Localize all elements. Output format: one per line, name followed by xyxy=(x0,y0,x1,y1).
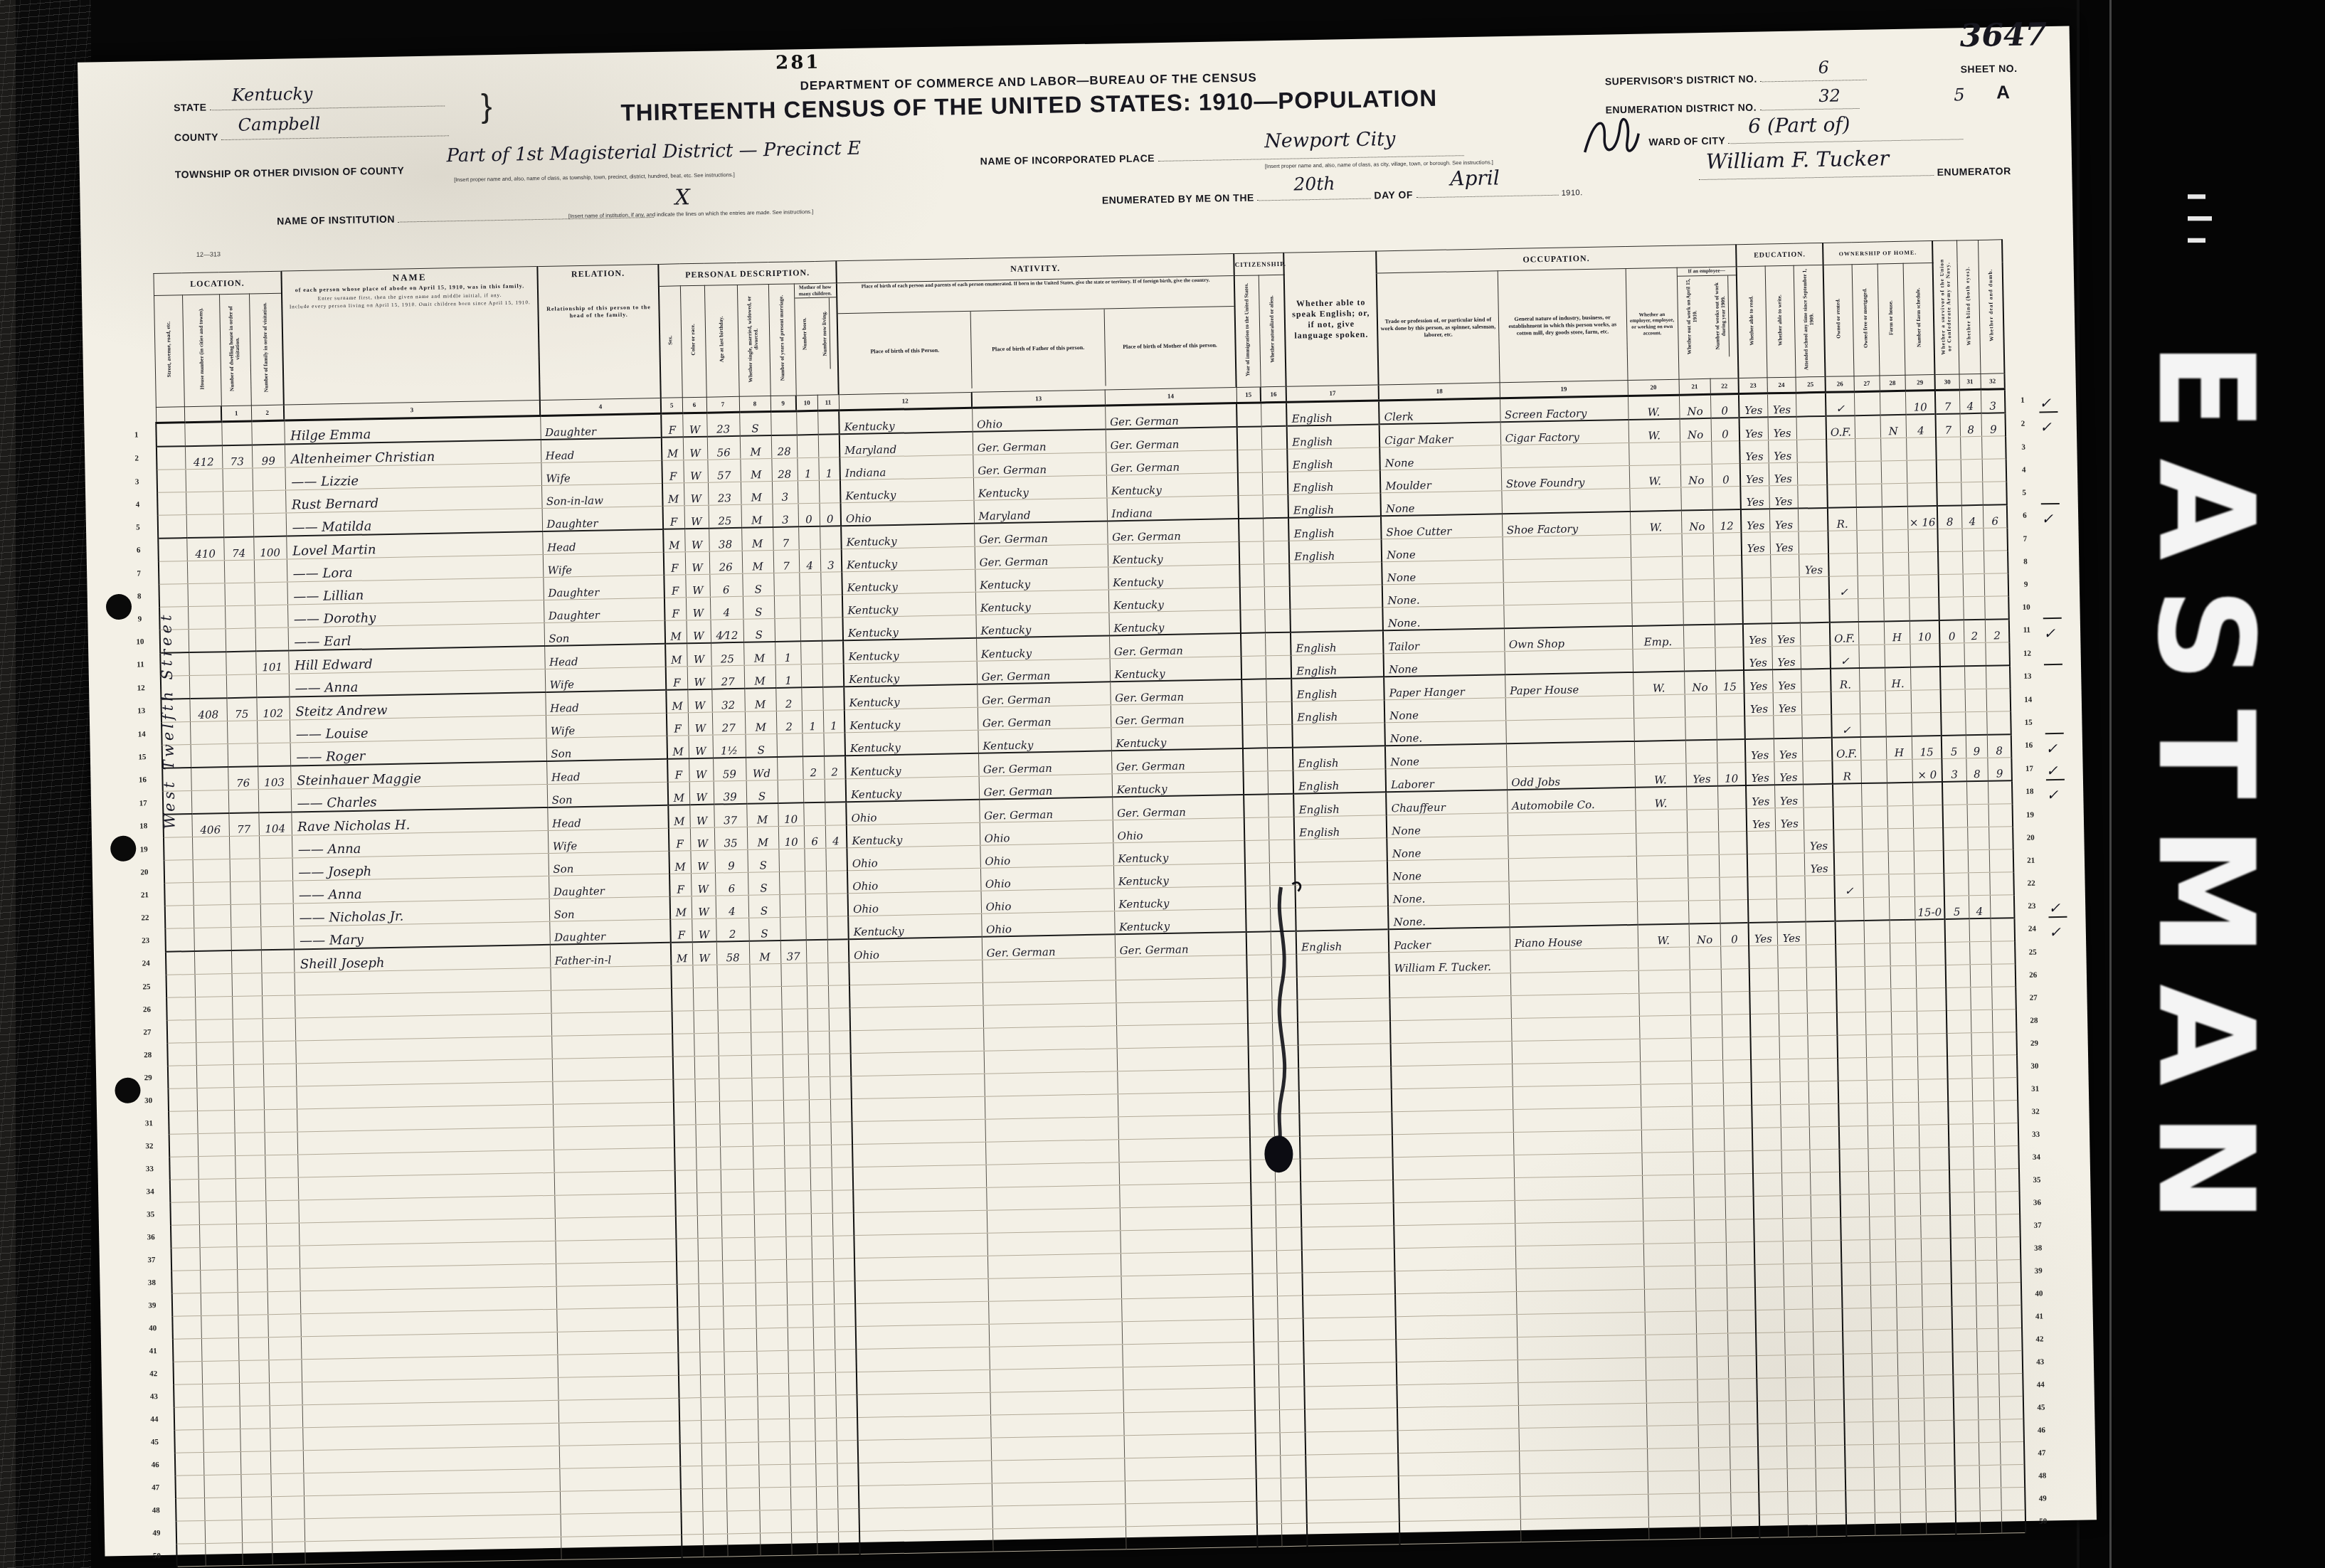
cell-bp xyxy=(853,1187,987,1212)
column-employer: Whether an employer, employee, or workin… xyxy=(1626,267,1679,380)
cell-cb xyxy=(815,1418,837,1441)
cell-c27 xyxy=(1862,806,1888,830)
cell-c28 xyxy=(1887,805,1914,829)
cell-age: 4 xyxy=(710,596,743,620)
column-number: 10 xyxy=(796,395,817,411)
cell-ow xyxy=(1695,1242,1727,1266)
cell-mar xyxy=(759,1487,791,1510)
line-number: 12 xyxy=(2010,642,2045,665)
cell-bp: Kentucky xyxy=(843,638,977,664)
cell-dw xyxy=(233,1087,264,1111)
cell-c28: H xyxy=(1886,736,1912,760)
cell-dw xyxy=(224,583,255,606)
cell-c26 xyxy=(1845,1490,1875,1513)
cell-mar xyxy=(758,1396,790,1419)
cell-ind xyxy=(1508,833,1636,858)
column-number: 31 xyxy=(1959,374,1981,390)
cell-rel: Wife xyxy=(543,552,664,577)
cell-emp xyxy=(1636,855,1688,879)
cell-age: 25 xyxy=(709,504,742,528)
cell-c29: 15 xyxy=(1912,736,1942,759)
cell-c32: 2 xyxy=(1985,619,2010,642)
cell-age xyxy=(720,1123,753,1147)
cell-house xyxy=(189,629,226,652)
cell-ind: Stove Foundry xyxy=(1501,465,1630,490)
line-number: 5 xyxy=(119,515,159,539)
cell-ow xyxy=(1688,877,1720,901)
cell-rd xyxy=(1744,716,1774,739)
cell-yrs xyxy=(784,1145,810,1169)
cell-rd xyxy=(1753,1150,1782,1174)
cell-cb: 1 xyxy=(797,457,819,481)
cell-ind xyxy=(1516,1266,1645,1291)
cell-house xyxy=(194,950,232,974)
cell-yrs xyxy=(783,1077,809,1101)
cell-sch xyxy=(1815,1445,1845,1468)
cell-house xyxy=(201,1293,238,1316)
column-mother-group: Mother of how many children. Number born… xyxy=(794,283,839,396)
cell-rd: Yes xyxy=(1739,393,1768,418)
cell-age xyxy=(726,1488,760,1511)
cell-imm xyxy=(1251,1160,1276,1183)
cell-occ: None. xyxy=(1382,583,1504,608)
cell-c32 xyxy=(1996,1214,2021,1238)
cell-yrs xyxy=(774,595,800,619)
cell-rel: Son xyxy=(544,620,666,646)
cell-fbp xyxy=(990,1413,1124,1438)
column-survivor: Whether a survivor of the Union or Confe… xyxy=(1932,240,1959,375)
cell-c32 xyxy=(1984,551,2008,574)
cell-sex xyxy=(677,1307,699,1330)
cell-c28 xyxy=(1895,1239,1922,1262)
cell-wks xyxy=(1722,1037,1752,1060)
cell-c29 xyxy=(1924,1443,1955,1466)
cell-rd: Yes xyxy=(1747,808,1776,832)
cell-ind xyxy=(1503,534,1631,559)
cell-c30 xyxy=(1943,827,1968,851)
margin-checkmark xyxy=(2055,1236,2074,1259)
cell-age xyxy=(719,1101,753,1124)
cell-bp xyxy=(850,1028,984,1053)
cell-cl xyxy=(830,1054,852,1077)
cell-bp: Ohio xyxy=(847,845,980,870)
cell-wks xyxy=(1719,854,1748,878)
cell-eng xyxy=(1306,1453,1399,1478)
cell-age xyxy=(718,1010,751,1033)
cell-occ: Packer xyxy=(1389,927,1510,953)
cell-sch xyxy=(1801,669,1831,692)
cell-occ xyxy=(1397,1383,1518,1408)
cell-street xyxy=(170,1202,199,1225)
margin-checkmark xyxy=(2042,526,2061,549)
cell-nat xyxy=(1268,794,1294,817)
cell-c31 xyxy=(1977,1351,1999,1374)
cell-nat xyxy=(1264,586,1291,610)
cell-ow xyxy=(1696,1333,1728,1357)
cell-age xyxy=(719,1055,752,1079)
cell-wr xyxy=(1781,1127,1810,1150)
cell-cl: 2 xyxy=(824,756,846,779)
cell-color xyxy=(696,1147,721,1170)
eastman-film-brand: EASTMAN xyxy=(2129,341,2282,1250)
cell-nat xyxy=(1264,541,1290,564)
cell-ind xyxy=(1509,879,1638,904)
cell-mar xyxy=(760,1532,792,1556)
cell-imm xyxy=(1236,403,1261,427)
cell-mbp xyxy=(1124,1433,1256,1458)
cell-imm xyxy=(1239,541,1264,565)
cell-c26 xyxy=(1846,1513,1875,1536)
cell-yrs xyxy=(787,1282,813,1305)
cell-ind xyxy=(1512,1039,1641,1064)
cell-wr xyxy=(1787,1468,1816,1492)
line-number: 26 xyxy=(127,997,167,1021)
cell-age xyxy=(723,1305,756,1329)
film-left-band xyxy=(0,0,91,1568)
cell-occ xyxy=(1399,1520,1521,1545)
cell-cb xyxy=(805,871,827,894)
cell-c27 xyxy=(1860,736,1887,760)
cell-house xyxy=(197,1111,235,1134)
cell-c27 xyxy=(1863,852,1889,875)
cell-cl xyxy=(837,1463,859,1487)
cell-bp xyxy=(859,1506,993,1531)
cell-c27 xyxy=(1857,530,1883,553)
cell-dw xyxy=(228,743,258,767)
cell-c28 xyxy=(1883,598,1910,621)
cell-sch xyxy=(1810,1149,1841,1172)
cell-mbp: Kentucky xyxy=(1108,565,1240,590)
cell-c26: O.F. xyxy=(1830,622,1859,645)
cell-wks: 0 xyxy=(1711,418,1740,441)
cell-c32 xyxy=(1998,1374,2023,1397)
cell-nat xyxy=(1261,449,1288,472)
cell-wks xyxy=(1715,624,1744,647)
cell-c31 xyxy=(1967,827,1989,850)
cell-fam xyxy=(270,1473,304,1497)
cell-eng: English xyxy=(1294,815,1387,839)
margin-checkmark xyxy=(2048,871,2067,894)
line-number: 2 xyxy=(2006,412,2040,435)
cell-color: W xyxy=(690,827,715,851)
margin-checkmark xyxy=(2040,480,2060,504)
cell-dw xyxy=(229,836,260,859)
cell-nat xyxy=(1272,1000,1298,1023)
cell-c28 xyxy=(1889,874,1915,897)
cell-mbp: Kentucky xyxy=(1113,863,1246,888)
cell-c26: R. xyxy=(1828,507,1857,531)
cell-rel xyxy=(554,1193,676,1218)
cell-sex xyxy=(674,1102,696,1125)
line-number: 4 xyxy=(118,492,158,516)
cell-dw xyxy=(238,1292,268,1315)
cell-cb xyxy=(813,1350,835,1373)
cell-age xyxy=(718,1032,751,1056)
cell-c27 xyxy=(1869,1194,1895,1217)
cell-c31 xyxy=(1972,1078,1994,1101)
cell-mbp xyxy=(1121,1296,1254,1321)
cell-nat xyxy=(1277,1273,1303,1296)
cell-c28 xyxy=(1893,1125,1919,1148)
margin-checkmark xyxy=(2051,1031,2070,1054)
cell-cl xyxy=(820,526,842,549)
cell-cb xyxy=(796,410,818,435)
cell-emp xyxy=(1642,1152,1694,1175)
cell-yrs: 3 xyxy=(773,504,799,527)
cell-c28 xyxy=(1885,713,1912,736)
cell-bp: Kentucky xyxy=(841,524,975,549)
cell-wr xyxy=(1779,1036,1808,1059)
cell-mar: S xyxy=(743,596,775,620)
cell-bp xyxy=(849,960,983,985)
cell-yrs xyxy=(774,618,800,642)
cell-fam xyxy=(272,1542,305,1565)
cell-sex: M xyxy=(668,782,690,805)
cell-c29 xyxy=(1926,1511,1956,1535)
cell-fam xyxy=(251,420,285,445)
cell-emp xyxy=(1641,1106,1693,1130)
cell-age xyxy=(721,1214,755,1238)
cell-fbp: Ohio xyxy=(981,911,1115,937)
cell-eng: English xyxy=(1288,493,1382,518)
cell-rel: Daughter xyxy=(540,413,662,440)
cell-c26 xyxy=(1843,1376,1873,1399)
cell-emp: Emp. xyxy=(1632,625,1684,650)
cell-c29 xyxy=(1917,1033,1948,1056)
cell-sch xyxy=(1806,921,1836,945)
cell-dw: 77 xyxy=(228,812,259,836)
cell-mar xyxy=(752,1123,784,1146)
cell-emp: W. xyxy=(1628,419,1680,443)
cell-dw xyxy=(222,468,253,492)
cell-wks xyxy=(1728,1355,1757,1379)
cell-rel xyxy=(561,1512,682,1537)
cell-occ: None xyxy=(1384,652,1505,677)
cell-wks: 0 xyxy=(1712,464,1741,487)
cell-dw xyxy=(231,904,261,928)
cell-ind xyxy=(1513,1107,1641,1132)
cell-fam xyxy=(265,1177,299,1201)
cell-eng: English xyxy=(1287,424,1380,449)
cell-yrs xyxy=(790,1487,817,1510)
cell-fbp: Ger. German xyxy=(978,751,1112,776)
cell-ow xyxy=(1698,1402,1730,1425)
cell-sex: F xyxy=(670,919,692,943)
cell-fbp: Kentucky xyxy=(973,475,1107,500)
cell-mar xyxy=(751,1009,783,1032)
cell-wks xyxy=(1718,832,1747,855)
cell-sex: M xyxy=(669,851,691,874)
cell-fbp xyxy=(986,1162,1120,1187)
cell-c29 xyxy=(1917,1056,1948,1079)
cell-mar xyxy=(751,1054,783,1078)
cell-bp xyxy=(857,1415,991,1440)
cell-c30 xyxy=(1946,965,1971,988)
cell-sex xyxy=(672,1011,694,1034)
cell-rd: Yes xyxy=(1744,669,1773,693)
cell-mbp: Ger. German xyxy=(1112,795,1244,820)
cell-mar xyxy=(756,1282,788,1305)
cell-ind xyxy=(1511,1016,1640,1041)
cell-eng: English xyxy=(1293,792,1387,817)
cell-c28 xyxy=(1900,1512,1927,1535)
cell-c32 xyxy=(1998,1351,2023,1374)
cell-c30 xyxy=(1948,1079,1973,1102)
place-value: Newport City xyxy=(1264,128,1396,152)
cell-house xyxy=(194,928,231,951)
section-education: EDUCATION. xyxy=(1736,243,1823,266)
margin-checkmark: ✓ xyxy=(2039,388,2058,412)
cell-fam xyxy=(265,1132,298,1155)
cell-occ: None xyxy=(1379,445,1501,470)
cell-occ: None xyxy=(1385,743,1507,769)
cell-bp: Kentucky xyxy=(847,822,980,847)
cell-fbp: Ger. German xyxy=(973,429,1106,455)
cell-c28: H xyxy=(1884,621,1910,645)
county-value: Campbell xyxy=(238,114,320,135)
cell-c30 xyxy=(1954,1443,1979,1466)
margin-checkmark xyxy=(2058,1441,2077,1463)
cell-c26: O.F. xyxy=(1832,737,1861,761)
cell-fbp: Ohio xyxy=(980,866,1114,891)
cell-c29 xyxy=(1920,1215,1951,1239)
cell-occ xyxy=(1395,1269,1517,1294)
cell-bp xyxy=(855,1301,989,1326)
cell-c31 xyxy=(1962,528,1984,551)
cell-wr: Yes xyxy=(1768,440,1797,463)
cell-yrs: 1 xyxy=(775,664,802,688)
cell-imm xyxy=(1242,702,1267,726)
cell-yrs xyxy=(785,1168,811,1192)
cell-cb xyxy=(813,1327,835,1350)
cell-cl xyxy=(825,779,847,802)
cell-fam: 101 xyxy=(255,651,289,674)
cell-sch xyxy=(1803,761,1833,784)
cell-c29 xyxy=(1922,1283,1952,1307)
cell-wks xyxy=(1715,647,1744,671)
cell-c26 xyxy=(1845,1444,1874,1468)
column-sex: Sex. xyxy=(659,286,682,398)
cell-sex xyxy=(681,1512,703,1535)
cell-sch xyxy=(1807,1012,1838,1036)
cell-c27 xyxy=(1870,1285,1897,1308)
cell-bp: Ohio xyxy=(841,500,975,526)
cell-mar: M xyxy=(741,482,773,505)
cell-c28 xyxy=(1889,896,1915,920)
line-number: 21 xyxy=(2013,849,2048,872)
sheet-header: 281 DEPARTMENT OF COMMERCE AND LABOR—BUR… xyxy=(110,26,2040,272)
cell-rel xyxy=(552,1056,674,1081)
cell-sch xyxy=(1803,784,1833,807)
cell-wks xyxy=(1714,601,1743,625)
cell-wks xyxy=(1727,1287,1756,1310)
cell-c27 xyxy=(1861,760,1887,783)
line-number: 25 xyxy=(127,975,167,998)
cell-cl xyxy=(823,733,845,756)
cell-wr: Yes xyxy=(1767,393,1796,417)
cell-c29: 4 xyxy=(1906,414,1937,438)
cell-c32 xyxy=(2001,1465,2025,1488)
cell-rd xyxy=(1752,1128,1781,1151)
line-number: 44 xyxy=(2023,1373,2057,1397)
cell-c29 xyxy=(1908,552,1939,576)
cell-sch xyxy=(1812,1263,1843,1286)
cell-street xyxy=(176,1520,206,1544)
cell-ow xyxy=(1692,1106,1724,1129)
cell-age: 39 xyxy=(714,780,747,804)
cell-dw xyxy=(240,1451,271,1475)
cell-eng: English xyxy=(1291,654,1384,679)
sheet-handwritten: 3647 xyxy=(1959,16,2047,54)
cell-street xyxy=(173,1361,202,1384)
line-number: 35 xyxy=(2019,1168,2054,1192)
cell-c27 xyxy=(1858,576,1884,599)
cell-mar: M xyxy=(749,941,781,964)
cell-cb: 4 xyxy=(799,549,821,573)
line-number: 48 xyxy=(137,1498,176,1522)
cell-imm xyxy=(1254,1319,1278,1342)
cell-occ xyxy=(1392,1087,1513,1112)
township-label: TOWNSHIP OR OTHER DIVISION OF COUNTY xyxy=(175,164,405,180)
cell-sex xyxy=(678,1330,700,1353)
cell-imm xyxy=(1244,840,1269,864)
cell-c32 xyxy=(1996,1192,2021,1215)
cell-yrs xyxy=(789,1396,815,1419)
cell-nat xyxy=(1261,402,1287,426)
cell-c32 xyxy=(2001,1488,2025,1511)
line-number: 49 xyxy=(2025,1487,2060,1510)
cell-yrs xyxy=(781,986,807,1010)
cell-house xyxy=(205,1542,243,1566)
cell-cb xyxy=(800,641,822,664)
cell-imm xyxy=(1241,632,1266,656)
cell-c32 xyxy=(1988,827,2013,850)
cell-color xyxy=(692,965,717,988)
cell-c26 xyxy=(1840,1148,1869,1172)
cell-color xyxy=(699,1306,724,1330)
cell-cb xyxy=(800,595,822,618)
cell-bp xyxy=(852,1119,986,1144)
cell-c31 xyxy=(1976,1260,1998,1283)
cell-mar xyxy=(754,1214,786,1237)
line-number: 38 xyxy=(2021,1236,2055,1260)
cell-sch xyxy=(1815,1422,1845,1446)
cell-wks xyxy=(1717,739,1746,763)
cell-dw: 74 xyxy=(223,536,254,560)
enum-month-value: April xyxy=(1450,166,1500,190)
cell-c28 xyxy=(1882,507,1908,530)
cell-rel xyxy=(554,1125,675,1150)
cell-ind xyxy=(1505,649,1633,674)
line-number: 22 xyxy=(126,906,166,929)
column-number: 27 xyxy=(1854,376,1880,392)
column-number: 7 xyxy=(706,396,739,413)
cell-occ: Paper Hanger xyxy=(1384,674,1505,700)
cell-wks xyxy=(1729,1401,1758,1424)
cell-occ xyxy=(1389,973,1511,998)
margin-checkmark xyxy=(2057,1350,2076,1372)
cell-bp: Kentucky xyxy=(844,684,978,710)
cell-dw xyxy=(237,1246,268,1270)
cell-c28 xyxy=(1880,391,1906,415)
cell-imm xyxy=(1239,518,1264,541)
cell-c26 xyxy=(1837,990,1866,1013)
cell-house xyxy=(202,1383,240,1407)
cell-fbp: Maryland xyxy=(974,498,1108,524)
cell-bp xyxy=(857,1370,990,1394)
cell-nat xyxy=(1272,1022,1298,1046)
ink-scrawl xyxy=(1577,112,1642,164)
